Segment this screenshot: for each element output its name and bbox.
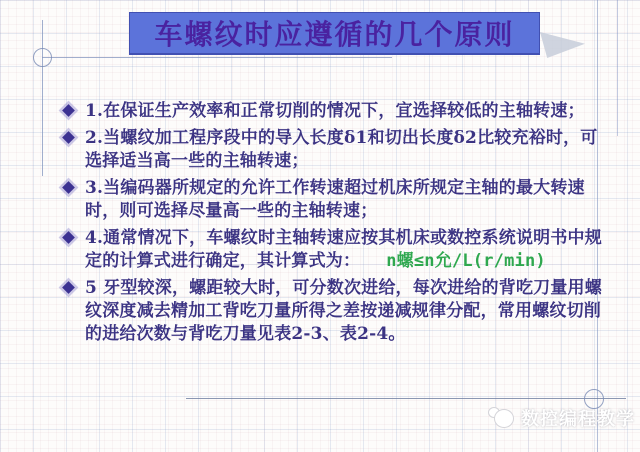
page-title: 车螺纹时应遵循的几个原则 — [154, 13, 514, 53]
list-item: 1.在保证生产效率和正常切削的情况下，宜选择较低的主轴转速； — [55, 100, 603, 123]
diamond-bullet-icon — [62, 104, 75, 117]
formula-text: n螺≤n允/L(r/min) — [386, 251, 546, 271]
drafting-vertical-line-left — [42, 20, 43, 176]
list-item: 2.当螺纹加工程序段中的导入长度δ1和切出长度δ2比较充裕时，可选择适当高一些的… — [55, 127, 603, 173]
watermark-label: 数控编程教学 — [521, 405, 635, 431]
bullet-text: 3.当编码器所规定的允许工作转速超过机床所规定主轴的最大转速时，则可选择尽量高一… — [85, 177, 603, 223]
list-item: 4.通常情况下，车螺纹时主轴转速应按其机床或数控系统说明书中规定的计算式进行确定… — [55, 227, 603, 273]
diamond-bullet-icon — [62, 131, 75, 144]
crosshair-circle-icon — [33, 48, 52, 67]
watermark-logo-icon — [488, 406, 514, 430]
diamond-bullet-icon — [62, 281, 75, 294]
list-item: 3.当编码器所规定的允许工作转速超过机床所规定主轴的最大转速时，则可选择尽量高一… — [55, 177, 603, 223]
diamond-bullet-icon — [62, 231, 75, 244]
bullet-list: 1.在保证生产效率和正常切削的情况下，宜选择较低的主轴转速； 2.当螺纹加工程序… — [55, 100, 603, 350]
bullet-text: 2.当螺纹加工程序段中的导入长度δ1和切出长度δ2比较充裕时，可选择适当高一些的… — [85, 127, 603, 173]
drafting-horizontal-line-top — [42, 57, 392, 58]
drafting-horizontal-line-bottom — [186, 398, 626, 399]
bullet-text: 5 牙型较深，螺距较大时，可分数次进给，每次进给的背吃刀量用螺纹深度减去精加工背… — [85, 277, 603, 346]
drafting-vertical-line-right-2 — [617, 0, 618, 136]
diamond-bullet-icon — [62, 181, 75, 194]
bullet-text: 1.在保证生产效率和正常切削的情况下，宜选择较低的主轴转速； — [85, 100, 603, 123]
title-shadow-shape — [540, 32, 585, 58]
title-banner: 车螺纹时应遵循的几个原则 — [129, 12, 540, 55]
slide-background: 车螺纹时应遵循的几个原则 1.在保证生产效率和正常切削的情况下，宜选择较低的主轴… — [0, 0, 640, 452]
list-item: 5 牙型较深，螺距较大时，可分数次进给，每次进给的背吃刀量用螺纹深度减去精加工背… — [55, 277, 603, 346]
watermark: 数控编程教学 — [488, 405, 635, 431]
